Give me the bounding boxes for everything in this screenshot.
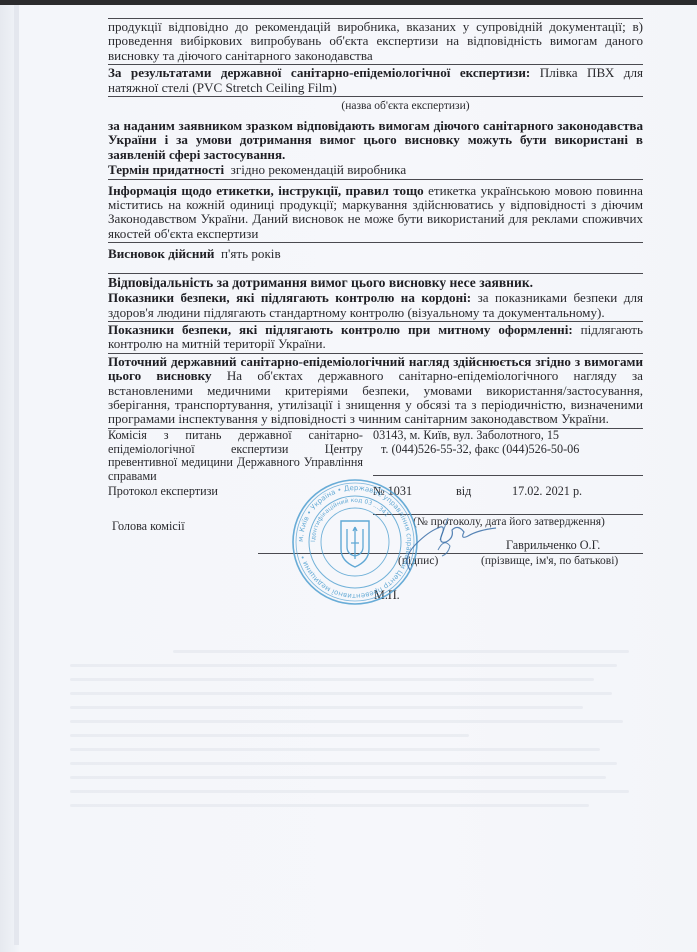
divider [373, 475, 643, 476]
continuation-paragraph: продукції відповідно до рекомендацій вир… [108, 19, 643, 64]
chair-label: Голова комісії [112, 520, 185, 534]
supervision-section: Поточний державний санітарно-епідеміолог… [108, 354, 643, 428]
validity-section: Висновок дійсний п'ять років [108, 246, 643, 262]
signature-icon [398, 510, 508, 575]
border-control-section: Показники безпеки, які підлягають контро… [108, 290, 643, 321]
validity-value: п'ять років [221, 246, 281, 261]
chair-name: Гаврильченко О.Г. [506, 539, 600, 553]
customs-control-label: Показники безпеки, які підлягають контро… [108, 322, 573, 337]
page-edge-shadow [14, 5, 19, 945]
labeling-section: Інформація щодо етикетки, інструкції, пр… [108, 183, 643, 243]
border-control-label: Показники безпеки, які підлягають контро… [108, 290, 471, 305]
phone-line: т. (044)526-55-32, факс (044)526-50-06 [373, 443, 643, 457]
protocol-date: 17.02. 2021 р. [512, 485, 582, 499]
validity-label: Висновок дійсний [108, 246, 214, 261]
responsibility-statement: Відповідальність за дотримання вимог цьо… [108, 274, 643, 290]
object-name-caption: (назва об'єкта експертизи) [168, 97, 643, 113]
shelf-life-label: Термін придатності [108, 162, 224, 177]
customs-control-section: Показники безпеки, які підлягають контро… [108, 322, 643, 353]
document-body: продукції відповідно до рекомендацій вир… [108, 18, 643, 429]
results-label: За результатами державної санітарно-епід… [108, 65, 530, 80]
protocol-label: Протокол експертизи [108, 485, 218, 499]
conclusion-paragraph: за наданим заявником зразком відповідают… [108, 119, 643, 162]
address-line: 03143, м. Київ, вул. Заболотного, 15 [373, 429, 643, 443]
protocol-from-label: від [456, 485, 471, 499]
shelf-life-value: згідно рекомендацій виробника [231, 162, 406, 177]
results-section: За результатами державної санітарно-епід… [108, 65, 643, 96]
commission-name: Комісія з питань державної санітарно-епі… [108, 429, 363, 483]
commission-address: 03143, м. Київ, вул. Заболотного, 15 т. … [373, 429, 643, 456]
labeling-label: Інформація щодо етикетки, інструкції, пр… [108, 183, 424, 198]
shelf-life-section: Термін придатності згідно рекомендацій в… [108, 162, 643, 178]
bleed-through-text [70, 650, 640, 850]
